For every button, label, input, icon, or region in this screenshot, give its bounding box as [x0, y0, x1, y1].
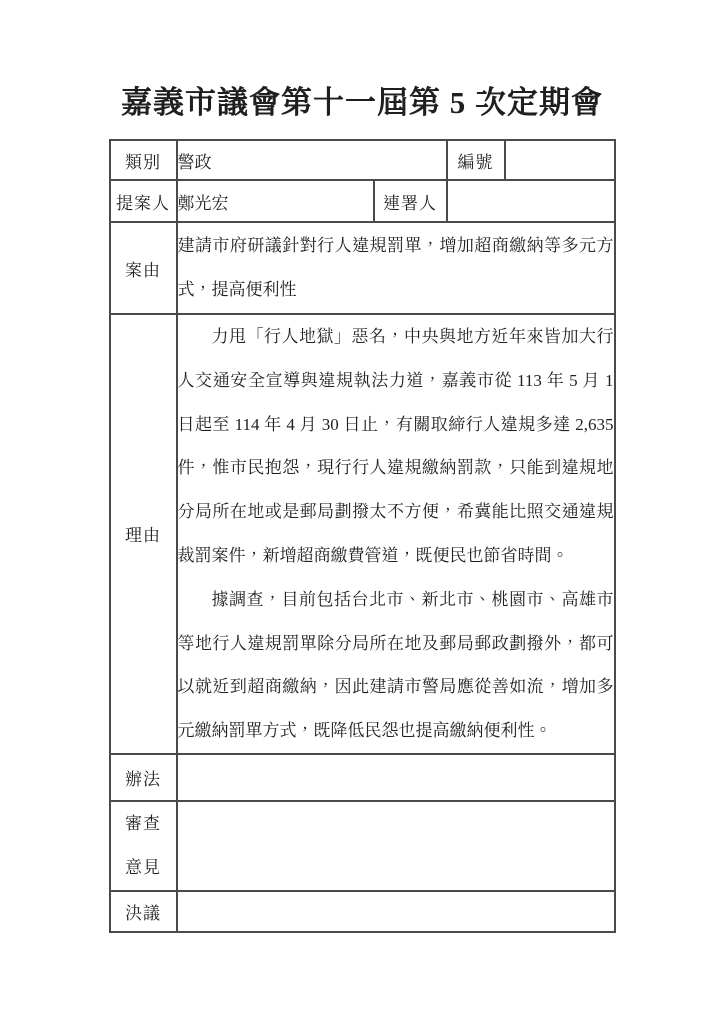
proposer-value: 鄭光宏 [177, 180, 374, 222]
number-label: 編號 [447, 140, 505, 180]
review-label: 審查 意見 [110, 801, 177, 891]
cosigner-value [447, 180, 615, 222]
document-page: 嘉義市議會第十一屆第 5 次定期會 類別 警政 編號 提案人 鄭光宏 連署人 案… [0, 0, 724, 1024]
resolution-label: 決議 [110, 891, 177, 932]
reason-paragraph-1: 力甩「行人地獄」惡名，中央與地方近年來皆加大行人交通安全宣導與違規執法力道，嘉義… [178, 315, 614, 578]
resolution-value [177, 891, 615, 932]
document-title: 嘉義市議會第十一屆第 5 次定期會 [0, 84, 724, 122]
category-label: 類別 [110, 140, 177, 180]
category-value: 警政 [177, 140, 447, 180]
category-number-row: 類別 警政 編號 [110, 140, 615, 180]
method-value [177, 754, 615, 801]
proposal-form-table: 類別 警政 編號 提案人 鄭光宏 連署人 案由 建請市府研議針對行人違規罰單，增… [109, 139, 616, 933]
reason-row: 理由 力甩「行人地獄」惡名，中央與地方近年來皆加大行人交通安全宣導與違規執法力道… [110, 314, 615, 754]
review-opinion-row: 審查 意見 [110, 801, 615, 891]
subject-label: 案由 [110, 222, 177, 314]
subject-value: 建請市府研議針對行人違規罰單，增加超商繳納等多元方式，提高便利性 [178, 224, 614, 312]
cosigner-label: 連署人 [374, 180, 447, 222]
reason-paragraph-2: 據調查，目前包括台北市、新北市、桃園市、高雄市等地行人違規罰單除分局所在地及郵局… [178, 578, 614, 753]
reason-value-cell: 力甩「行人地獄」惡名，中央與地方近年來皆加大行人交通安全宣導與違規執法力道，嘉義… [177, 314, 615, 754]
review-value [177, 801, 615, 891]
resolution-row: 決議 [110, 891, 615, 932]
reason-label: 理由 [110, 314, 177, 754]
method-row: 辦法 [110, 754, 615, 801]
number-value [505, 140, 615, 180]
proposer-label: 提案人 [110, 180, 177, 222]
subject-row: 案由 建請市府研議針對行人違規罰單，增加超商繳納等多元方式，提高便利性 [110, 222, 615, 314]
subject-value-cell: 建請市府研議針對行人違規罰單，增加超商繳納等多元方式，提高便利性 [177, 222, 615, 314]
review-label-line2: 意見 [111, 846, 176, 890]
proposer-cosigner-row: 提案人 鄭光宏 連署人 [110, 180, 615, 222]
review-label-line1: 審查 [111, 802, 176, 846]
method-label: 辦法 [110, 754, 177, 801]
